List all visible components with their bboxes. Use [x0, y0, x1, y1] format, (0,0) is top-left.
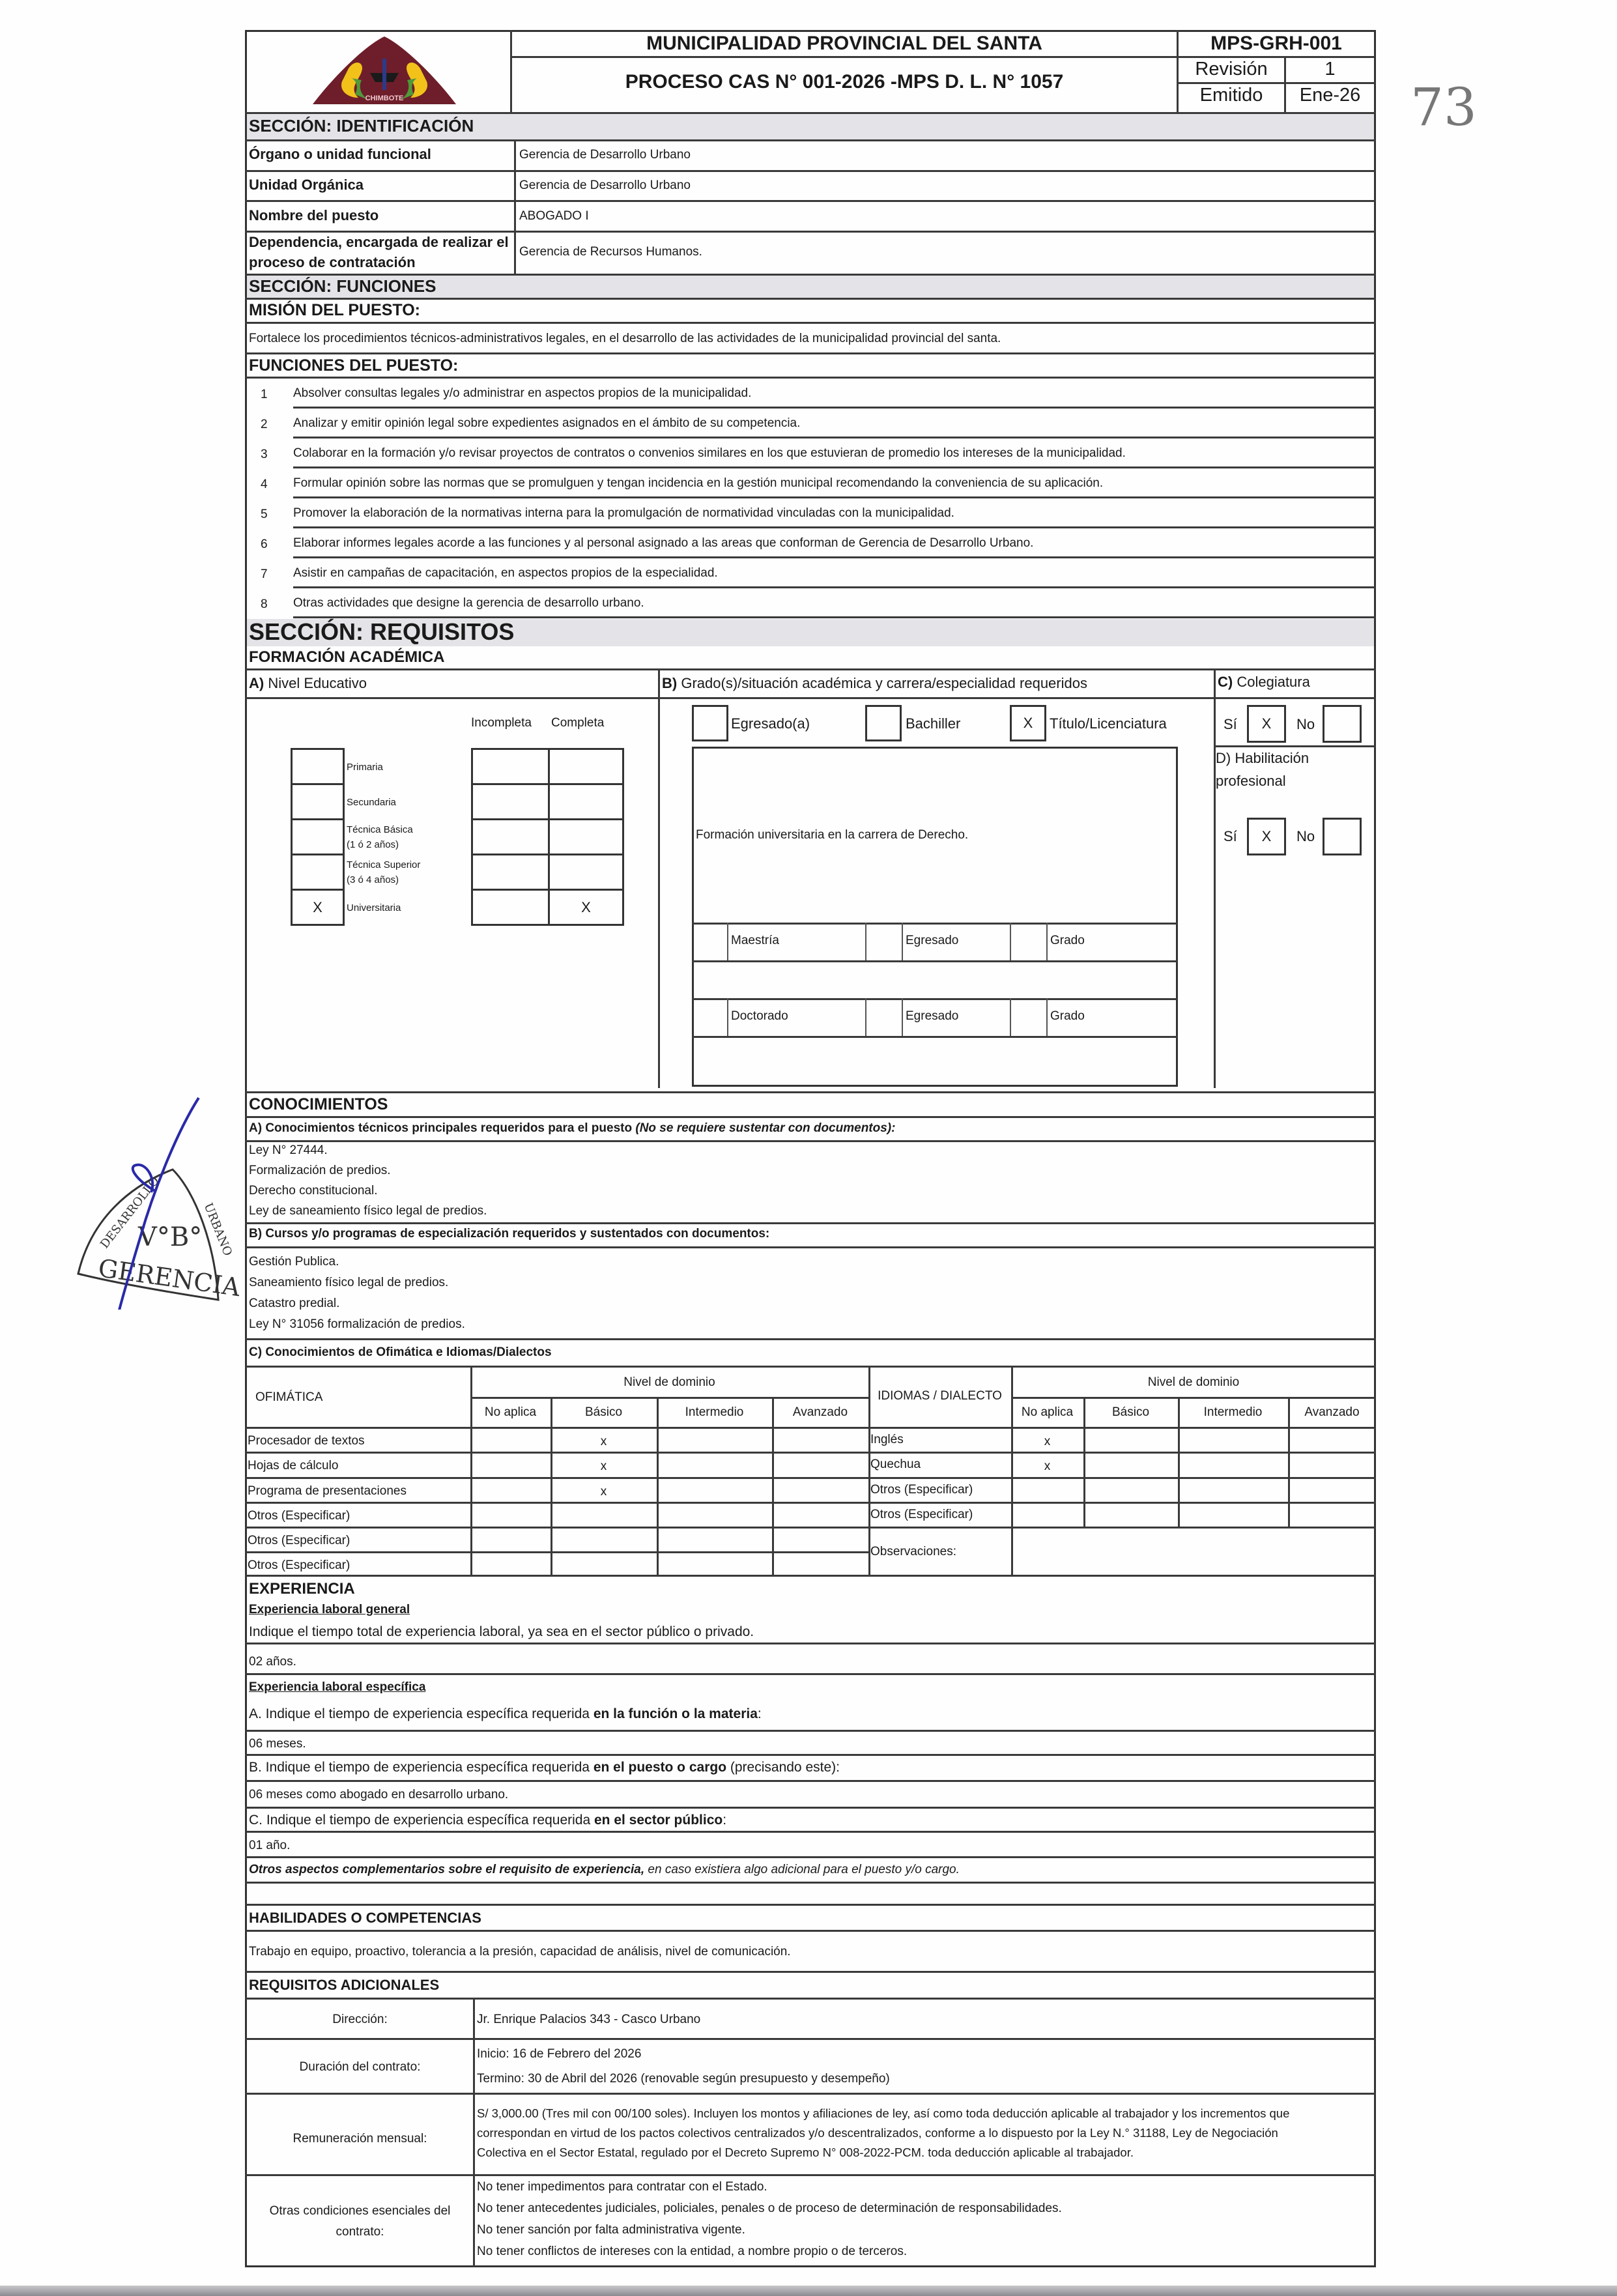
- horizontal-rule: [245, 1246, 1376, 1248]
- horizontal-rule: [245, 1754, 1376, 1756]
- conocimiento-tecnico-item: Derecho constitucional.: [249, 1184, 378, 1197]
- nivel-label-sub: (1 ó 2 años): [347, 840, 399, 850]
- vb-gerencia-stamp-icon: V°B° GERENCIA DESARROLLO URBANO: [65, 1088, 248, 1310]
- label-titulo: Título/Licenciatura: [1050, 717, 1167, 731]
- experiencia-general-question: Indique el tiempo total de experiencia l…: [249, 1625, 754, 1639]
- horizontal-rule: [245, 1904, 1376, 1906]
- otras-condiciones-label-l1: Otras condiciones esenciales del: [247, 2205, 473, 2217]
- duracion-termino: Termino: 30 de Abril del 2026 (renovable…: [477, 2073, 890, 2085]
- horizontal-rule: [245, 1551, 868, 1553]
- horizontal-rule: [245, 1831, 1376, 1833]
- form-element: Otros aspectos complementarios sobre el …: [249, 1863, 644, 1876]
- handwritten-page-number: 73: [1410, 81, 1477, 134]
- nivel-incompleta-cell[interactable]: [471, 783, 550, 820]
- habilitacion-title-l1: D) Habilitación: [1216, 751, 1309, 766]
- idiomas-header: IDIOMAS / DIALECTO: [868, 1390, 1011, 1402]
- svg-text:CHIMBOTE: CHIMBOTE: [365, 94, 404, 102]
- nivel-incompleta-cell[interactable]: [471, 854, 550, 891]
- issued-value: Ene-26: [1286, 86, 1374, 105]
- horizontal-rule: [245, 1502, 1376, 1504]
- nivel-label: Universitaria: [347, 903, 401, 913]
- horizontal-rule: [245, 1427, 1376, 1429]
- funcion-divider: [293, 526, 1376, 528]
- otra-condicion-item: No tener antecedentes judiciales, polici…: [477, 2202, 1062, 2215]
- funcion-text: Otras actividades que designe la gerenci…: [293, 597, 644, 609]
- vertical-rule: [865, 998, 866, 1036]
- label-doctorado: Doctorado: [731, 1010, 788, 1022]
- horizontal-rule: [245, 1930, 1376, 1932]
- page-edge: [0, 2286, 1617, 2296]
- horizontal-rule: [245, 1116, 1376, 1118]
- label-maestria: Maestría: [731, 934, 779, 947]
- funcion-divider: [293, 437, 1376, 438]
- horizontal-rule: [245, 1856, 1376, 1858]
- horizontal-rule: [245, 1477, 1376, 1479]
- ofimatica-level-header: Intermedio: [657, 1406, 772, 1418]
- horizontal-rule: [245, 1338, 1376, 1340]
- horizontal-rule: [245, 2093, 1376, 2095]
- horizontal-rule: [245, 1091, 1376, 1093]
- funcion-number: 3: [261, 448, 268, 461]
- horizontal-rule: [245, 2174, 1376, 2176]
- horizontal-rule: [245, 231, 1376, 233]
- idiomas-level-header: Avanzado: [1288, 1406, 1376, 1418]
- experiencia-title: EXPERIENCIA: [249, 1581, 355, 1597]
- label-maestria-grado: Grado: [1050, 934, 1085, 947]
- funcion-number: 4: [261, 478, 268, 491]
- label-dependencia-l2: proceso de contratación: [249, 255, 416, 270]
- value-dependencia: Gerencia de Recursos Humanos.: [519, 246, 702, 258]
- otra-condicion-item: No tener conflictos de intereses con la …: [477, 2245, 907, 2258]
- section-title-identificacion: SECCIÓN: IDENTIFICACIÓN: [249, 117, 474, 134]
- conocimientos-b-title: B) Cursos y/o programas de especializaci…: [249, 1227, 769, 1240]
- horizontal-rule: [245, 1452, 1376, 1454]
- value-nombre-puesto: ABOGADO I: [519, 210, 589, 222]
- conocimiento-tecnico-item: Ley de saneamiento físico legal de predi…: [249, 1205, 487, 1217]
- horizontal-rule: [245, 1971, 1376, 1973]
- habilitacion-title-l2: profesional: [1216, 774, 1286, 788]
- vertical-rule: [514, 139, 516, 274]
- value-organo: Gerencia de Desarrollo Urbano: [519, 149, 691, 161]
- nivel-checkbox[interactable]: [291, 748, 345, 785]
- experiencia-a-question: A. Indique el tiempo de experiencia espe…: [249, 1707, 762, 1721]
- horizontal-rule: [245, 1730, 1376, 1732]
- funcion-number: 2: [261, 418, 268, 431]
- ofimatica-row-label: Hojas de cálculo: [248, 1459, 338, 1472]
- conocimiento-tecnico-item: Ley N° 27444.: [249, 1144, 328, 1156]
- org-name: MUNICIPALIDAD PROVINCIAL DEL SANTA: [512, 34, 1177, 53]
- nivel-label: Técnica Básica: [347, 825, 413, 835]
- horizontal-rule: [245, 322, 1376, 324]
- form-element: C. Indique el tiempo de experiencia espe…: [249, 1813, 594, 1828]
- process-title: PROCESO CAS N° 001-2026 -MPS D. L. N° 10…: [512, 72, 1177, 92]
- idioma-row-label: Inglés: [870, 1433, 904, 1446]
- vertical-rule: [1010, 998, 1011, 1036]
- form-element: B. Indique el tiempo de experiencia espe…: [249, 1760, 594, 1775]
- vertical-rule: [902, 998, 903, 1036]
- horizontal-rule: [1177, 82, 1376, 84]
- nivel-checkbox[interactable]: [291, 854, 345, 891]
- municipality-logo: CHIMBOTE: [287, 33, 482, 109]
- label-maestria-egresado: Egresado: [906, 934, 958, 947]
- funcion-divider: [293, 466, 1376, 468]
- horizontal-rule: [245, 2038, 1376, 2040]
- revision-value: 1: [1286, 60, 1374, 79]
- ofimatica-row-label: Programa de presentaciones: [248, 1485, 407, 1497]
- experiencia-general-title: Experiencia laboral general: [249, 1603, 410, 1616]
- vertical-rule: [1046, 923, 1048, 960]
- vertical-rule: [470, 1366, 472, 1575]
- idioma-mark[interactable]: x: [1011, 1460, 1083, 1472]
- horizontal-rule: [245, 1527, 1376, 1528]
- idioma-mark[interactable]: x: [1011, 1435, 1083, 1448]
- approval-stamp: V°B° GERENCIA DESARROLLO URBANO: [65, 1088, 248, 1310]
- form-element: B): [662, 675, 677, 691]
- ofimatica-level-header: No aplica: [470, 1406, 551, 1418]
- remuneracion-line-3: Colectiva en el Sector Estatal, regulado…: [477, 2147, 1134, 2159]
- funcion-divider: [293, 496, 1376, 498]
- funcion-number: 7: [261, 568, 268, 581]
- habilidades-text: Trabajo en equipo, proactivo, tolerancia…: [249, 1945, 791, 1958]
- horizontal-rule: [245, 139, 1376, 141]
- checkbox-egresado[interactable]: [692, 705, 728, 741]
- observaciones-label: Observaciones:: [870, 1545, 956, 1558]
- ofimatica-mark[interactable]: x: [551, 1460, 657, 1472]
- ofimatica-mark[interactable]: x: [551, 1485, 657, 1498]
- form-element: :: [723, 1813, 726, 1828]
- form-element: Grado(s)/situación académica y carrera/e…: [681, 675, 1087, 691]
- horizontal-rule: [1214, 745, 1376, 747]
- form-element: A) Conocimientos técnicos principales re…: [249, 1121, 632, 1135]
- vertical-rule: [902, 923, 903, 960]
- horizontal-rule: [245, 697, 1376, 699]
- adicionales-title: REQUISITOS ADICIONALES: [249, 1978, 439, 1992]
- idiomas-level-header: Intermedio: [1178, 1406, 1288, 1418]
- nivel-checkbox[interactable]: [291, 783, 345, 820]
- label-organo: Órgano o unidad funcional: [249, 147, 431, 162]
- idiomas-level-header: No aplica: [1011, 1406, 1083, 1418]
- formacion-title: FORMACIÓN ACADÉMICA: [249, 650, 444, 665]
- funcion-text: Colaborar en la formación y/o revisar pr…: [293, 447, 1126, 459]
- nivel-completa-cell[interactable]: [548, 854, 624, 891]
- vertical-rule: [727, 998, 728, 1036]
- form-element: (precisando este):: [726, 1760, 840, 1775]
- grado-title: B) Grado(s)/situación académica y carrer…: [662, 676, 1087, 691]
- funcion-divider: [293, 616, 1376, 618]
- horizontal-rule: [245, 112, 1376, 114]
- horizontal-rule: [245, 1643, 1376, 1644]
- mision-text: Fortalece los procedimientos técnicos-ad…: [249, 332, 1001, 345]
- form-element: Nivel Educativo: [268, 675, 367, 691]
- habilidades-title: HABILIDADES O COMPETENCIAS: [249, 1911, 481, 1925]
- vertical-rule: [1046, 998, 1048, 1036]
- value-unidad-organica: Gerencia de Desarrollo Urbano: [519, 179, 691, 192]
- direccion-value: Jr. Enrique Palacios 343 - Casco Urbano: [477, 2013, 700, 2026]
- label-doctorado-grado: Grado: [1050, 1010, 1085, 1022]
- experiencia-a-answer: 06 meses.: [249, 1738, 306, 1750]
- form-element: C): [1218, 674, 1233, 690]
- funcion-text: Asistir en campañas de capacitación, en …: [293, 567, 718, 579]
- funcion-number: 6: [261, 538, 268, 551]
- section-title-funciones: SECCIÓN: FUNCIONES: [249, 278, 436, 294]
- revision-label: Revisión: [1179, 60, 1284, 79]
- experiencia-c-question: C. Indique el tiempo de experiencia espe…: [249, 1813, 726, 1827]
- curso-item: Catastro predial.: [249, 1297, 339, 1310]
- funciones-title: FUNCIONES DEL PUESTO:: [249, 358, 458, 374]
- funcion-text: Elaborar informes legales acorde a las f…: [293, 537, 1033, 549]
- horizontal-rule: [470, 1397, 868, 1399]
- idiomas-level-header: Básico: [1083, 1406, 1178, 1418]
- nivel-label: Técnica Superior: [347, 860, 420, 870]
- colegiatura-no-label: No: [1296, 717, 1315, 732]
- horizontal-rule: [245, 1222, 1376, 1224]
- form-element: Colegiatura: [1237, 674, 1310, 690]
- checkbox-colegiatura-si[interactable]: X: [1247, 705, 1286, 743]
- otra-condicion-item: No tener sanción por falta administrativ…: [477, 2224, 745, 2236]
- habilitacion-no-label: No: [1296, 829, 1315, 844]
- label-doctorado-egresado: Egresado: [906, 1010, 958, 1022]
- vertical-rule: [772, 1397, 774, 1575]
- form-element: en el sector público: [594, 1813, 723, 1828]
- idiomas-nivel-header: Nivel de dominio: [1011, 1376, 1376, 1388]
- colegiatura-title: C) Colegiatura: [1218, 675, 1310, 689]
- habilitacion-si-label: Sí: [1223, 829, 1237, 844]
- horizontal-rule: [692, 1036, 1178, 1038]
- duracion-label: Duración del contrato:: [247, 2061, 473, 2073]
- ofimatica-nivel-header: Nivel de dominio: [470, 1376, 868, 1388]
- funcion-number: 1: [261, 388, 268, 401]
- horizontal-rule: [692, 923, 1178, 925]
- horizontal-rule: [245, 298, 1376, 300]
- funcion-text: Absolver consultas legales y/o administr…: [293, 387, 751, 399]
- funcion-text: Formular opinión sobre las normas que se…: [293, 477, 1103, 489]
- horizontal-rule: [245, 1998, 1376, 2000]
- remuneracion-line-2: correspondan en virtud de los pactos col…: [477, 2127, 1278, 2140]
- horizontal-rule: [245, 1140, 1376, 1142]
- horizontal-rule: [245, 1575, 1376, 1577]
- document-code: MPS-GRH-001: [1179, 34, 1374, 53]
- vertical-rule: [658, 668, 660, 1088]
- horizontal-rule: [245, 170, 1376, 172]
- funcion-text: Analizar y emitir opinión legal sobre ex…: [293, 417, 800, 429]
- remuneracion-label: Remuneración mensual:: [247, 2132, 473, 2145]
- label-dependencia-l1: Dependencia, encargada de realizar el: [249, 235, 509, 250]
- experiencia-especifica-title: Experiencia laboral específica: [249, 1681, 425, 1693]
- ofimatica-header: OFIMÁTICA: [255, 1391, 322, 1403]
- otra-condicion-item: No tener impedimentos para contratar con…: [477, 2181, 767, 2193]
- conocimiento-tecnico-item: Formalización de predios.: [249, 1164, 391, 1177]
- svg-text:GERENCIA: GERENCIA: [96, 1254, 242, 1302]
- horizontal-rule: [245, 352, 1376, 354]
- ofimatica-row-label: Procesador de textos: [248, 1435, 365, 1447]
- funcion-divider: [293, 556, 1376, 558]
- checkbox-colegiatura-no[interactable]: [1323, 705, 1362, 743]
- curso-item: Ley N° 31056 formalización de predios.: [249, 1318, 465, 1330]
- conocimientos-title: CONOCIMIENTOS: [249, 1097, 388, 1113]
- nivel-educativo-title: A) Nivel Educativo: [249, 676, 367, 691]
- ofimatica-row-label: Otros (Especificar): [248, 1534, 350, 1547]
- horizontal-rule: [510, 56, 1374, 58]
- conocimientos-c-title: C) Conocimientos de Ofimática e Idiomas/…: [249, 1346, 552, 1358]
- section-title-requisitos: SECCIÓN: REQUISITOS: [249, 620, 514, 644]
- mision-title: MISIÓN DEL PUESTO:: [249, 302, 420, 319]
- ofimatica-row-label: Otros (Especificar): [248, 1559, 350, 1571]
- vertical-rule: [727, 923, 728, 960]
- carrera-text: Formación universitaria en la carrera de…: [696, 829, 968, 841]
- ofimatica-level-header: Avanzado: [772, 1406, 868, 1418]
- otras-condiciones-label-l2: contrato:: [247, 2226, 473, 2238]
- curso-item: Saneamiento físico legal de predios.: [249, 1276, 448, 1289]
- chimbote-crest-icon: CHIMBOTE: [287, 33, 482, 109]
- checkbox-habilitacion-si[interactable]: X: [1247, 818, 1286, 855]
- nivel-completa-cell[interactable]: X: [548, 889, 624, 926]
- issued-label: Emitido: [1179, 86, 1284, 105]
- horizontal-rule: [245, 668, 1376, 670]
- horizontal-rule: [245, 274, 1376, 276]
- vertical-rule: [1214, 668, 1216, 1088]
- nivel-completa-cell[interactable]: [548, 818, 624, 855]
- label-egresado: Egresado(a): [731, 717, 810, 731]
- horizontal-rule: [245, 377, 1376, 379]
- vertical-rule: [657, 1397, 659, 1575]
- idioma-row-label: Otros (Especificar): [870, 1484, 973, 1496]
- ofimatica-level-header: Básico: [551, 1406, 657, 1418]
- experiencia-b-question: B. Indique el tiempo de experiencia espe…: [249, 1760, 840, 1774]
- nivel-label: Secundaria: [347, 797, 396, 807]
- horizontal-rule: [245, 1807, 1376, 1809]
- nivel-checkbox[interactable]: [291, 818, 345, 855]
- nivel-label-sub: (3 ó 4 años): [347, 875, 399, 885]
- funcion-text: Promover la elaboración de la normativas…: [293, 507, 954, 519]
- checkbox-titulo[interactable]: X: [1010, 705, 1046, 741]
- form-element: :: [758, 1706, 762, 1721]
- ofimatica-mark[interactable]: x: [551, 1435, 657, 1448]
- col-incompleta: Incompleta: [471, 717, 532, 729]
- ofimatica-row-label: Otros (Especificar): [248, 1510, 350, 1522]
- form-element: A): [249, 675, 264, 691]
- idioma-row-label: Otros (Especificar): [870, 1508, 973, 1521]
- vertical-rule: [1010, 923, 1011, 960]
- experiencia-b-answer: 06 meses como abogado en desarrollo urba…: [249, 1788, 508, 1801]
- nivel-incompleta-cell[interactable]: [471, 889, 550, 926]
- curso-item: Gestión Publica.: [249, 1256, 339, 1268]
- experiencia-otros: Otros aspectos complementarios sobre el …: [249, 1863, 960, 1876]
- form-element: A. Indique el tiempo de experiencia espe…: [249, 1706, 594, 1721]
- nivel-incompleta-cell[interactable]: [471, 748, 550, 785]
- funcion-number: 8: [261, 598, 268, 610]
- label-nombre-puesto: Nombre del puesto: [249, 208, 379, 223]
- horizontal-rule: [245, 200, 1376, 202]
- checkbox-bachiller[interactable]: [865, 705, 902, 741]
- remuneracion-line-1: S/ 3,000.00 (Tres mil con 00/100 soles).…: [477, 2108, 1289, 2120]
- nivel-completa-cell[interactable]: [548, 748, 624, 785]
- form-element: en la función o la materia: [594, 1706, 758, 1721]
- checkbox-habilitacion-no[interactable]: [1323, 818, 1362, 855]
- funcion-number: 5: [261, 508, 268, 521]
- experiencia-general-answer: 02 años.: [249, 1656, 296, 1668]
- nivel-completa-cell[interactable]: [548, 783, 624, 820]
- nivel-incompleta-cell[interactable]: [471, 818, 550, 855]
- vertical-rule: [865, 923, 866, 960]
- colegiatura-si-label: Sí: [1223, 717, 1237, 732]
- nivel-checkbox[interactable]: X: [291, 889, 345, 926]
- funcion-divider: [293, 586, 1376, 588]
- experiencia-c-answer: 01 año.: [249, 1839, 290, 1852]
- label-bachiller: Bachiller: [906, 717, 960, 731]
- conocimientos-a-title: A) Conocimientos técnicos principales re…: [249, 1122, 895, 1134]
- svg-text:V°B°: V°B°: [137, 1222, 202, 1252]
- idioma-row-label: Quechua: [870, 1458, 921, 1471]
- horizontal-rule: [692, 998, 1178, 1000]
- duracion-inicio: Inicio: 16 de Febrero del 2026: [477, 2048, 641, 2060]
- direccion-label: Dirección:: [247, 2013, 473, 2026]
- form-element: en el puesto o cargo: [594, 1760, 726, 1775]
- funcion-divider: [293, 407, 1376, 409]
- horizontal-rule: [245, 1882, 1376, 1884]
- horizontal-rule: [1011, 1397, 1376, 1399]
- form-element: (No se requiere sustentar con documentos…: [635, 1121, 895, 1135]
- form-element: en caso existiera algo adicional para el…: [644, 1863, 960, 1876]
- horizontal-rule: [245, 1366, 1376, 1368]
- nivel-label: Primaria: [347, 762, 383, 772]
- label-unidad-organica: Unidad Orgánica: [249, 178, 364, 192]
- col-completa: Completa: [551, 717, 604, 729]
- horizontal-rule: [692, 960, 1178, 962]
- horizontal-rule: [245, 1673, 1376, 1675]
- horizontal-rule: [245, 1780, 1376, 1782]
